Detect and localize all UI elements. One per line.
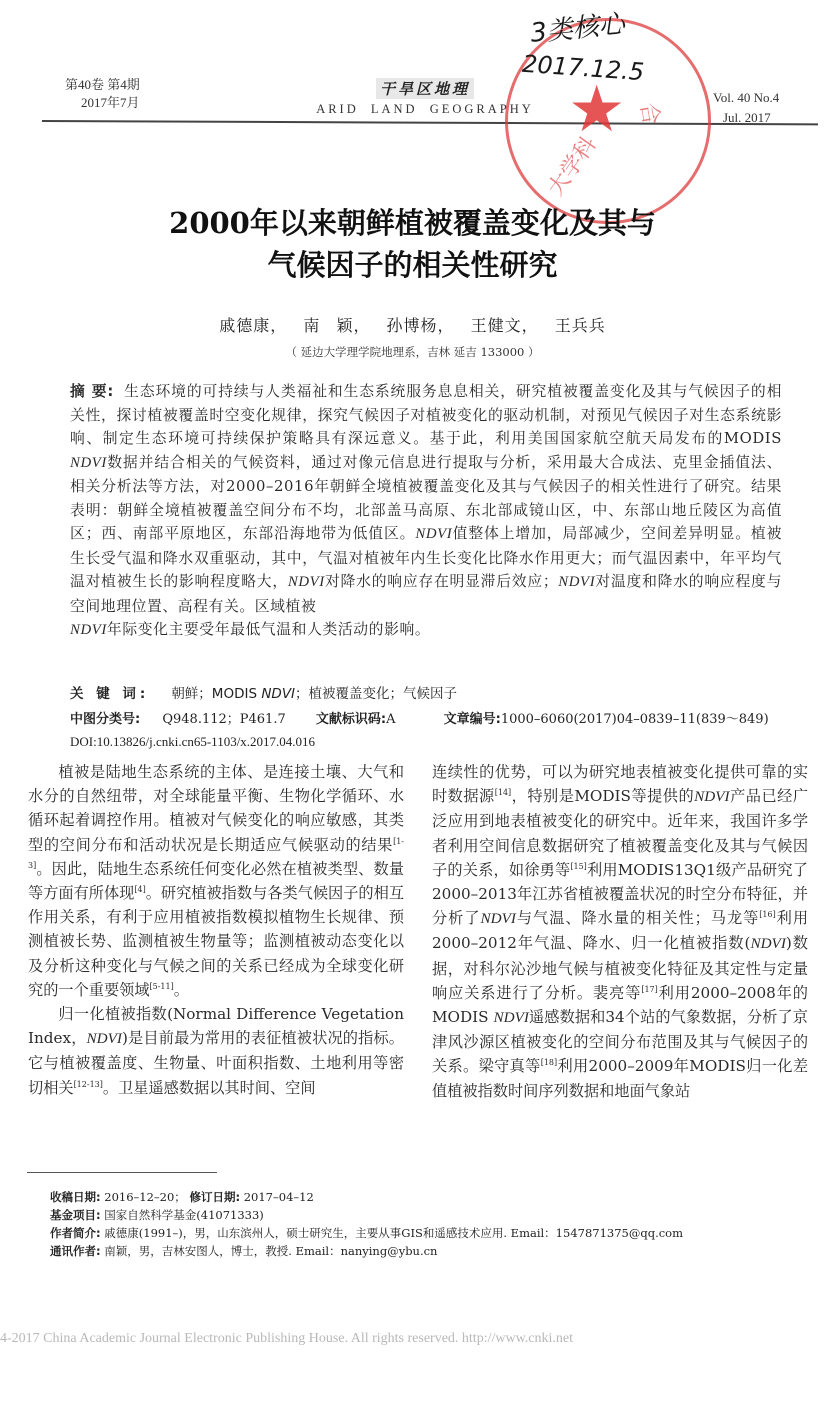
body-text: 。卫星遥感数据以其时间、空间	[103, 1079, 316, 1097]
revised-label: 修订日期:	[189, 1190, 240, 1204]
corresponding-label: 通讯作者:	[50, 1244, 101, 1258]
term-ndvi: NDVI	[558, 574, 595, 590]
citation: [4]	[134, 885, 145, 894]
term-ndvi: NDVI	[494, 1009, 529, 1026]
footnote-corresponding: 通讯作者: 南颖，男，吉林安图人，博士，教授. Email：nanying@yb…	[50, 1242, 770, 1260]
article-no-label: 文章编号:	[444, 712, 501, 727]
author-list: 戚德康， 南 颖， 孙博杨， 王健文， 王兵兵	[60, 313, 765, 336]
citation: [16]	[759, 910, 775, 919]
journal-name-cn: 干旱区地理	[376, 78, 474, 99]
body-text: 植被是陆地生态系统的主体、是连接土壤、大气和水分的自然纽带，对全球能量平衡、生物…	[28, 763, 404, 854]
author-bio-value: 戚德康(1991–)，男，山东滨州人，硕士研究生，主要从事GIS和遥感技术应用.…	[104, 1226, 683, 1240]
body-text: ，特别是MODIS等提供的	[511, 787, 694, 805]
paragraph: 归一化植被指数(Normal Difference Vegetation Ind…	[28, 1002, 404, 1100]
article-no-value: 1000–6060(2017)04–0839–11(839～849)	[501, 712, 769, 727]
term-ndvi: NDVI	[694, 788, 729, 805]
footnote-author: 作者简介: 戚德康(1991–)，男，山东滨州人，硕士研究生，主要从事GIS和遥…	[50, 1224, 770, 1242]
title-line-1: 2000年以来朝鲜植被覆盖变化及其与	[60, 202, 765, 244]
clc-label: 中图分类号:	[70, 712, 140, 727]
citation: [17]	[641, 985, 657, 994]
abstract-text: 年际变化主要受年最低气温和人类活动的影响。	[107, 621, 430, 638]
issue-date-en: Jul. 2017	[713, 108, 779, 128]
doi: DOI:10.13826/j.cnki.cn65-1103/x.2017.04.…	[70, 734, 315, 750]
body-column-right: 连续性的优势，可以为研究地表植被变化提供可靠的实时数据源[14]，特别是MODI…	[432, 760, 808, 1103]
body-column-left: 植被是陆地生态系统的主体、是连接土壤、大气和水分的自然纽带，对全球能量平衡、生物…	[28, 760, 404, 1100]
citation: [15]	[570, 862, 586, 871]
term-ndvi: NDVI	[70, 622, 107, 638]
footnote-fund: 基金项目: 国家自然科学基金(41071333)	[50, 1206, 770, 1224]
term-ndvi: NDVI	[87, 1030, 122, 1047]
journal-masthead: 干旱区地理 ARID LAND GEOGRAPHY	[315, 78, 535, 117]
paragraph: 植被是陆地生态系统的主体、是连接土壤、大气和水分的自然纽带，对全球能量平衡、生物…	[28, 760, 404, 1002]
footnotes: 收稿日期: 2016–12–20； 修订日期: 2017–04–12 基金项目:…	[50, 1188, 770, 1260]
abstract-label: 摘 要:	[70, 383, 114, 400]
affiliation: （ 延边大学理学院地理系，吉林 延吉 133000 ）	[60, 344, 765, 360]
keywords-value: 朝鲜；MODIS	[171, 686, 261, 702]
received-date: 2016–12–20；	[104, 1190, 186, 1204]
corresponding-value: 南颖，男，吉林安图人，博士，教授. Email：nanying@ybu.cn	[104, 1244, 437, 1258]
term-ndvi: NDVI	[480, 910, 515, 927]
copyright-watermark: 4-2017 China Academic Journal Electronic…	[0, 1331, 825, 1347]
fund-value: 国家自然科学基金(41071333)	[104, 1208, 264, 1222]
abstract: 摘 要:生态环境的可持续与人类福祉和生态系统服务息息相关，研究植被覆盖变化及其与…	[70, 380, 782, 643]
volume-issue-en: Vol. 40 No.4	[713, 88, 779, 108]
classification-line: 中图分类号: Q948.112；P461.7 文献标识码:A 文章编号:1000…	[70, 708, 810, 727]
author-bio-label: 作者简介:	[50, 1226, 101, 1240]
citation: [5-11]	[150, 982, 174, 991]
abstract-text: 生态环境的可持续与人类福祉和生态系统服务息息相关，研究植被覆盖变化及其与气候因子…	[70, 383, 782, 447]
citation: [14]	[495, 788, 511, 797]
term-ndvi: NDVI	[750, 935, 785, 952]
term-ndvi: NDVI	[415, 526, 452, 542]
abstract-text: 对降水的响应存在明显滞后效应；	[325, 573, 558, 590]
revised-date: 2017–04–12	[244, 1190, 314, 1204]
doc-code-value: A	[386, 712, 395, 727]
footnote-rule	[27, 1172, 217, 1173]
issue-info-cn: 第40卷 第4期 2017年7月	[65, 76, 140, 112]
term-ndvi: NDVI	[261, 686, 295, 702]
volume-issue-cn: 第40卷 第4期	[65, 76, 140, 94]
title-line-2: 气候因子的相关性研究	[60, 244, 765, 286]
clc-value: Q948.112；P461.7	[162, 712, 285, 727]
journal-name-en: ARID LAND GEOGRAPHY	[315, 102, 535, 117]
keywords-label: 关 键 词:	[70, 686, 149, 702]
term-ndvi: NDVI	[70, 455, 107, 471]
keywords-value: ；植被覆盖变化；气候因子	[295, 686, 457, 702]
term-ndvi: NDVI	[288, 574, 325, 590]
body-text: 。	[174, 981, 189, 999]
received-label: 收稿日期:	[50, 1190, 101, 1204]
paper-title: 2000年以来朝鲜植被覆盖变化及其与 气候因子的相关性研究	[60, 202, 765, 286]
citation: [12-13]	[74, 1080, 103, 1089]
fund-label: 基金项目:	[50, 1208, 101, 1222]
paragraph: 连续性的优势，可以为研究地表植被变化提供可靠的实时数据源[14]，特别是MODI…	[432, 760, 808, 1103]
doc-code-label: 文献标识码:	[316, 712, 386, 727]
body-text: 与气温、降水量的相关性；马龙等	[516, 909, 759, 927]
issue-date-cn: 2017年7月	[65, 94, 140, 112]
citation: [18]	[541, 1058, 557, 1067]
keywords: 关 键 词:朝鲜；MODIS NDVI；植被覆盖变化；气候因子	[70, 682, 782, 702]
footnote-dates: 收稿日期: 2016–12–20； 修订日期: 2017–04–12	[50, 1188, 770, 1206]
